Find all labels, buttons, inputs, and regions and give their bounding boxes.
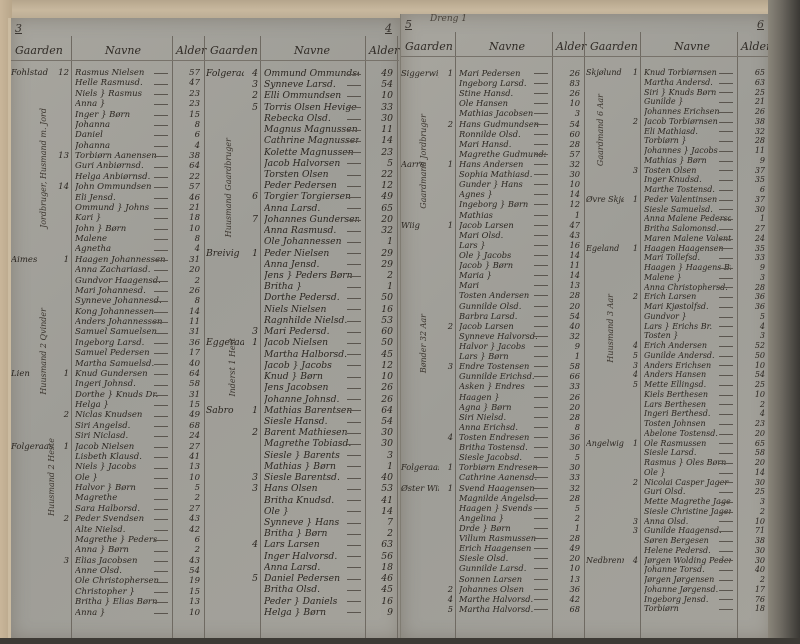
person-name: Anders Erichsen — [644, 361, 731, 371]
name-dash — [347, 489, 361, 490]
farm-name: Aimes — [11, 255, 55, 265]
name-dash — [347, 242, 361, 243]
table-row: 2Niclas Knudsen49 — [11, 410, 206, 420]
person-name: Knud Torbiørnsen — [644, 68, 731, 78]
person-age: 13 — [174, 597, 200, 607]
person-name: Cathrine Aanensd. — [459, 472, 546, 482]
person-age: 43 — [554, 230, 580, 240]
margin-note: Huusmand 2 Heste — [47, 438, 56, 516]
name-dash — [534, 457, 548, 458]
name-dash — [154, 571, 168, 572]
name-dash — [534, 336, 548, 337]
person-name: Peder Pedersen — [264, 180, 359, 191]
name-dash — [534, 407, 548, 408]
person-name: Ingeborg Larsd. — [75, 338, 166, 348]
table-row: Mathias Jacobsen3 — [401, 108, 586, 118]
farm-name: Øvre Skjølund — [586, 195, 624, 205]
table-row: 3Synneve Larsd.54 — [206, 79, 399, 90]
name-dash — [534, 346, 548, 347]
name-dash — [347, 152, 361, 153]
header-farm: Gaarden — [590, 40, 638, 53]
name-dash — [534, 204, 548, 205]
name-dash — [154, 167, 168, 168]
person-age: 3 — [554, 108, 580, 118]
person-age: 23 — [174, 99, 200, 109]
name-dash — [347, 231, 361, 232]
name-dash — [347, 298, 361, 299]
person-name: Torbiørn Endresen — [459, 462, 546, 472]
person-name: Malene } — [644, 273, 731, 283]
name-dash — [719, 482, 733, 483]
person-age: 26 — [554, 68, 580, 78]
household-number: 1 — [624, 244, 638, 254]
person-name: Guri Anbiørnsd. — [75, 161, 166, 171]
person-name: Halvor } Jacobs — [459, 341, 546, 351]
name-dash — [534, 275, 548, 276]
household-number: 4 — [244, 68, 258, 79]
name-dash — [719, 560, 733, 561]
name-dash — [534, 113, 548, 114]
person-name: Torsten Olsen — [264, 169, 359, 180]
person-age: 11 — [174, 317, 200, 327]
person-age: 5 — [367, 158, 393, 169]
name-dash — [534, 488, 548, 489]
name-dash — [534, 386, 548, 387]
person-name: Mathias Barentsen — [264, 405, 359, 416]
person-age: 27 — [174, 504, 200, 514]
person-name: Ole Rasmussen — [644, 439, 731, 449]
person-name: Marthe Tostensd. — [644, 185, 731, 195]
name-dash — [719, 112, 733, 113]
person-age: 33 — [554, 472, 580, 482]
person-name: Torbiørn — [644, 604, 731, 614]
person-name: Johannes } Jacobs — [644, 146, 731, 156]
farm-name: Lien — [11, 369, 55, 379]
table-row: Synneve Halvorsd.32 — [401, 331, 586, 341]
person-name: Lars Larsen — [264, 539, 359, 550]
person-age: 23 — [367, 147, 393, 158]
person-age: 64 — [174, 369, 200, 379]
person-name: Magnilde Angelsd. — [459, 493, 546, 503]
name-dash — [534, 548, 548, 549]
table-row: Ronnilde Olsd.60 — [401, 129, 586, 139]
table-row: Ole }10 — [11, 473, 206, 483]
farm-name: Sabro — [206, 405, 244, 416]
farm-name: Eggeraas — [206, 337, 244, 348]
person-name: Ole Hansen — [459, 98, 546, 108]
name-dash — [154, 499, 168, 500]
name-dash — [347, 130, 361, 131]
person-age: 57 — [174, 68, 200, 78]
person-name: Lars } — [459, 240, 546, 250]
person-name: Ole } — [264, 506, 359, 517]
table-row: Haagen } Svends5 — [401, 503, 586, 513]
table-row: Anna Rasmusd.32 — [206, 225, 399, 236]
person-age: 6 — [174, 535, 200, 545]
person-name: Britha Tostensd. — [459, 442, 546, 452]
person-name: Peder } Daniels — [264, 596, 359, 607]
person-age: 20 — [554, 301, 580, 311]
person-age: 53 — [367, 315, 393, 326]
name-dash — [719, 219, 733, 220]
household-number: 4 — [244, 539, 258, 550]
header-rule — [11, 60, 206, 61]
name-dash — [719, 502, 733, 503]
name-dash — [154, 551, 168, 552]
person-age: 5 — [554, 503, 580, 513]
person-age: 5 — [554, 452, 580, 462]
person-name: Søren Bergesen — [644, 536, 731, 546]
person-age: 4 — [739, 322, 765, 332]
table-row: Britha Olsd.45 — [206, 584, 399, 595]
name-dash — [534, 528, 548, 529]
name-dash — [719, 434, 733, 435]
table-row: Lars } Børn1 — [401, 351, 586, 361]
person-age: 24 — [739, 234, 765, 244]
person-name: Ingeri Johnsd. — [75, 379, 166, 389]
person-age: 36 — [739, 302, 765, 312]
person-name: Haagen } — [459, 392, 546, 402]
person-name: Kiels Berthesen — [644, 390, 731, 400]
person-age: 30 — [739, 556, 765, 566]
table-row: 3Gunilde Haagensd.71 — [586, 526, 771, 536]
name-dash — [154, 364, 168, 365]
person-age: 26 — [367, 382, 393, 393]
table-row: Britha Knudsd.41 — [206, 495, 399, 506]
bottom-shadow — [0, 638, 800, 644]
person-name: Samuel Pedersen — [75, 348, 166, 358]
table-row: Fohlstad12Rasmus Nielsen57 — [11, 68, 206, 78]
person-name: Synneve Johannesd. — [75, 296, 166, 306]
household-number: 3 — [244, 79, 258, 90]
name-dash — [534, 316, 548, 317]
name-dash — [154, 561, 168, 562]
table-row: 2Nicolai Casper Jager30 — [586, 478, 771, 488]
person-name: Angelina } — [459, 513, 546, 523]
person-name: Alte Nielsd. — [75, 525, 166, 535]
document-scan: 3GaardenNavneAlderFohlstad12Rasmus Niels… — [0, 0, 800, 644]
person-age: 36 — [174, 338, 200, 348]
person-age: 28 — [554, 493, 580, 503]
person-name: Martha Andersd. — [644, 78, 731, 88]
table-row: Magnus Magnussen11 — [206, 124, 399, 135]
person-age: 65 — [739, 439, 765, 449]
table-row: Agnes }14 — [401, 189, 586, 199]
household-number: 5 — [244, 102, 258, 113]
person-age: 28 — [554, 290, 580, 300]
person-age: 36 — [554, 432, 580, 442]
table-row: Angelwig1Ole Rasmussen65 — [586, 439, 771, 449]
person-name: Anna } Børn — [75, 545, 166, 555]
person-age: 28 — [739, 283, 765, 293]
table-row: Siesle Samuelsd.30 — [586, 205, 771, 215]
person-age: 37 — [739, 195, 765, 205]
person-age: 2 — [739, 400, 765, 410]
person-age: 2 — [554, 513, 580, 523]
name-dash — [347, 478, 361, 479]
person-name: Asken } Endres — [459, 381, 546, 391]
table-row: 5Daniel Pedersen46 — [206, 573, 399, 584]
person-name: Anne Olsd. — [75, 566, 166, 576]
person-age: 42 — [554, 594, 580, 604]
person-age: 9 — [739, 263, 765, 273]
name-dash — [347, 422, 361, 423]
person-age: 24 — [174, 431, 200, 441]
table-row: Johanne Torsd.40 — [586, 565, 771, 575]
name-dash — [347, 511, 361, 512]
farm-name: Nedbrenne — [586, 556, 624, 566]
person-name: Anna Erichsd. — [459, 422, 546, 432]
name-dash — [719, 297, 733, 298]
name-dash — [719, 512, 733, 513]
person-name: Magrethe } Peders — [75, 535, 166, 545]
name-dash — [154, 84, 168, 85]
name-dash — [347, 119, 361, 120]
person-age: 3 — [739, 273, 765, 283]
person-age: 38 — [739, 536, 765, 546]
person-name: Ole Christophersen — [75, 576, 166, 586]
person-name: Cathrine Magnussen — [264, 135, 359, 146]
name-dash — [534, 467, 548, 468]
table-row: Torbiørn }28 — [586, 136, 771, 146]
name-dash — [534, 366, 548, 367]
table-row: Ole }14 — [206, 506, 399, 517]
name-dash — [534, 417, 548, 418]
table-row: Gunnilde Olsd.20 — [401, 301, 586, 311]
person-name: Erich Haagensen — [459, 543, 546, 553]
person-age: 30 — [554, 169, 580, 179]
table-row: Niels } Rasmus23 — [11, 89, 206, 99]
name-dash — [719, 414, 733, 415]
person-age: 68 — [174, 421, 200, 431]
table-row: 4Tosten Endresen36 — [401, 432, 586, 442]
person-age: 20 — [554, 402, 580, 412]
person-age: 58 — [739, 448, 765, 458]
person-name: Jens } Peders Børn — [264, 270, 359, 281]
table-row: Skjølund1Knud Torbiørnsen65 — [586, 68, 771, 78]
person-age: 19 — [174, 576, 200, 586]
name-dash — [534, 295, 548, 296]
table-row: Siesle Christine Jager2 — [586, 507, 771, 517]
table-row: Kolette Magnussen23 — [206, 147, 399, 158]
household-number: 3 — [624, 517, 638, 527]
person-name: Torris Olsen Hevige — [264, 102, 359, 113]
left-page: 3GaardenNavneAlderFohlstad12Rasmus Niels… — [8, 18, 401, 640]
person-age: 30 — [739, 546, 765, 556]
person-age: 4 — [174, 244, 200, 254]
name-dash — [534, 609, 548, 610]
table-row: 2Jacob Torbiørnsen38 — [586, 117, 771, 127]
header-names: Navne — [489, 40, 525, 53]
name-dash — [534, 427, 548, 428]
person-name: Ommund } Johns — [75, 203, 166, 213]
table-row: Ingeborg Jensd.76 — [586, 595, 771, 605]
person-name: Tosten } — [644, 331, 731, 341]
person-age: 5 — [174, 483, 200, 493]
person-age: 17 — [174, 348, 200, 358]
person-name: Jacob Torbiørnsen — [644, 117, 731, 127]
person-age: 26 — [739, 107, 765, 117]
household-number: 3 — [244, 483, 258, 494]
table-row: 6Torgier Torgiersen49 — [206, 191, 399, 202]
name-dash — [534, 477, 548, 478]
table-row: Mathias } Børn9 — [586, 156, 771, 166]
person-age: 22 — [367, 169, 393, 180]
person-age: 12 — [367, 180, 393, 191]
person-name: Britha Knudsd. — [264, 495, 359, 506]
person-age: 45 — [367, 349, 393, 360]
household-number: 1 — [439, 159, 453, 169]
person-name: Siesle Christine Jager — [644, 507, 731, 517]
table-row: 4Marthe Halvorsd.42 — [401, 594, 586, 604]
person-age: 20 — [739, 429, 765, 439]
name-dash — [534, 306, 548, 307]
table-row: Mari Johannesd.26 — [11, 286, 206, 296]
name-dash — [154, 530, 168, 531]
person-age: 3 — [739, 497, 765, 507]
person-name: Torgier Torgiersen — [264, 191, 359, 202]
name-dash — [719, 492, 733, 493]
person-name: Stine Hansd. — [459, 88, 546, 98]
person-name: Erich Larsen — [644, 292, 731, 302]
person-age: 11 — [739, 146, 765, 156]
table-row: Siri Angelsd.68 — [11, 421, 206, 431]
person-name: Ole } Jacobs — [459, 250, 546, 260]
name-dash — [347, 287, 361, 288]
name-dash — [719, 424, 733, 425]
person-name: Anna Larsd. — [264, 203, 359, 214]
page-number: 4 — [385, 22, 392, 35]
person-age: 58 — [174, 379, 200, 389]
person-name: Magrethe Tobiasd. — [264, 438, 359, 449]
person-age: 37 — [739, 166, 765, 176]
name-dash — [534, 376, 548, 377]
table-row: Øvre Skjølund1Peder Valentinsen37 — [586, 195, 771, 205]
person-name: Rebecka Olsd. — [264, 113, 359, 124]
person-name: Ole Johannessen — [264, 236, 359, 247]
person-age: 41 — [367, 495, 393, 506]
table-row: Anna Malene Pedersd.1 — [586, 214, 771, 224]
person-name: Daniel — [75, 130, 166, 140]
name-dash — [534, 518, 548, 519]
household-number: 3 — [244, 326, 258, 337]
table-row: Siggerwig1Mari Pedersen26 — [401, 68, 586, 78]
table-row: Ingeborg Larsd.83 — [401, 78, 586, 88]
name-dash — [719, 209, 733, 210]
table-row: Christopher }15 — [11, 587, 206, 597]
name-dash — [154, 260, 168, 261]
person-name: Peder Svendsen — [75, 514, 166, 524]
table-row: Sonnen Larsen13 — [401, 574, 586, 584]
household-number: 2 — [439, 321, 453, 331]
person-name: Siesle Barentsd. — [264, 472, 359, 483]
person-name: Ingeborg Jensd. — [644, 595, 731, 605]
table-row: Dorthe Pedersd.50 — [206, 292, 399, 303]
name-dash — [534, 397, 548, 398]
table-row: Magrethe Gudmundsd.57 — [401, 149, 586, 159]
name-dash — [347, 85, 361, 86]
table-row: Sara Halborsd.27 — [11, 504, 206, 514]
table-row: Rebecka Olsd.30 — [206, 113, 399, 124]
name-dash — [154, 312, 168, 313]
person-age: 32 — [554, 159, 580, 169]
person-age: 28 — [554, 533, 580, 543]
person-name: Jacob Nielsen — [75, 442, 166, 452]
person-age: 43 — [174, 556, 200, 566]
person-age: 29 — [367, 248, 393, 259]
name-dash — [154, 602, 168, 603]
name-dash — [154, 457, 168, 458]
table-row: Inger Halvorsd.56 — [206, 551, 399, 562]
table-row: 2Elli Ommundsen10 — [206, 90, 399, 101]
person-age: 58 — [554, 361, 580, 371]
name-dash — [719, 326, 733, 327]
person-name: Elias Jacobsen — [75, 556, 166, 566]
name-dash — [347, 343, 361, 344]
table-row: Alte Nielsd.42 — [11, 525, 206, 535]
person-name: Mette Magrethe Jager — [644, 497, 731, 507]
name-dash — [347, 208, 361, 209]
table-row: 5Torris Olsen Hevige33 — [206, 102, 399, 113]
table-row: Anna Erichsd.8 — [401, 422, 586, 432]
person-age: 26 — [367, 394, 393, 405]
person-name: Helga Anbiørnsd. — [75, 172, 166, 182]
person-name: Niels Nielsen — [264, 304, 359, 315]
table-row: Magrethe } Peders6 — [11, 535, 206, 545]
person-name: Magnus Magnussen — [264, 124, 359, 135]
household-number: 1 — [439, 483, 453, 493]
table-row: Ole } Jacobs14 — [401, 250, 586, 260]
name-dash — [719, 365, 733, 366]
person-name: Marthe Halvorsd. — [459, 594, 546, 604]
name-dash — [154, 94, 168, 95]
household-number: 14 — [55, 182, 69, 192]
person-name: Sonnen Larsen — [459, 574, 546, 584]
person-name: Siri Niclasd. — [75, 431, 166, 441]
table-row: Gundvor Haagensd.2 — [11, 276, 206, 286]
name-dash — [534, 265, 548, 266]
person-age: 2 — [174, 276, 200, 286]
header-rule — [206, 60, 399, 61]
person-name: Siesle Hansd. — [264, 416, 359, 427]
person-age: 49 — [174, 410, 200, 420]
person-name: Ole } — [644, 468, 731, 478]
person-age: 60 — [367, 326, 393, 337]
person-age: 11 — [367, 124, 393, 135]
household-number: 2 — [624, 292, 638, 302]
table-row: 2Hans Gudmundsen54 — [401, 119, 586, 129]
name-dash — [719, 570, 733, 571]
household-number: 2 — [244, 427, 258, 438]
person-name: Anna Zachariasd. — [75, 265, 166, 275]
name-dash — [719, 541, 733, 542]
name-dash — [719, 551, 733, 552]
person-age: 20 — [174, 265, 200, 275]
person-age: 9 — [554, 341, 580, 351]
person-name: Anna } — [75, 99, 166, 109]
person-age: 13 — [554, 574, 580, 584]
person-name: Mathias } Børn — [264, 461, 359, 472]
person-name: Peder Valentinsen — [644, 195, 731, 205]
name-dash — [347, 74, 361, 75]
header-age: Alder — [176, 44, 206, 57]
name-dash — [719, 453, 733, 454]
name-dash — [347, 107, 361, 108]
name-dash — [154, 385, 168, 386]
person-name: Johanne Jørgensd. — [644, 585, 731, 595]
person-name: Svend Haagensen — [459, 483, 546, 493]
name-dash — [347, 163, 361, 164]
